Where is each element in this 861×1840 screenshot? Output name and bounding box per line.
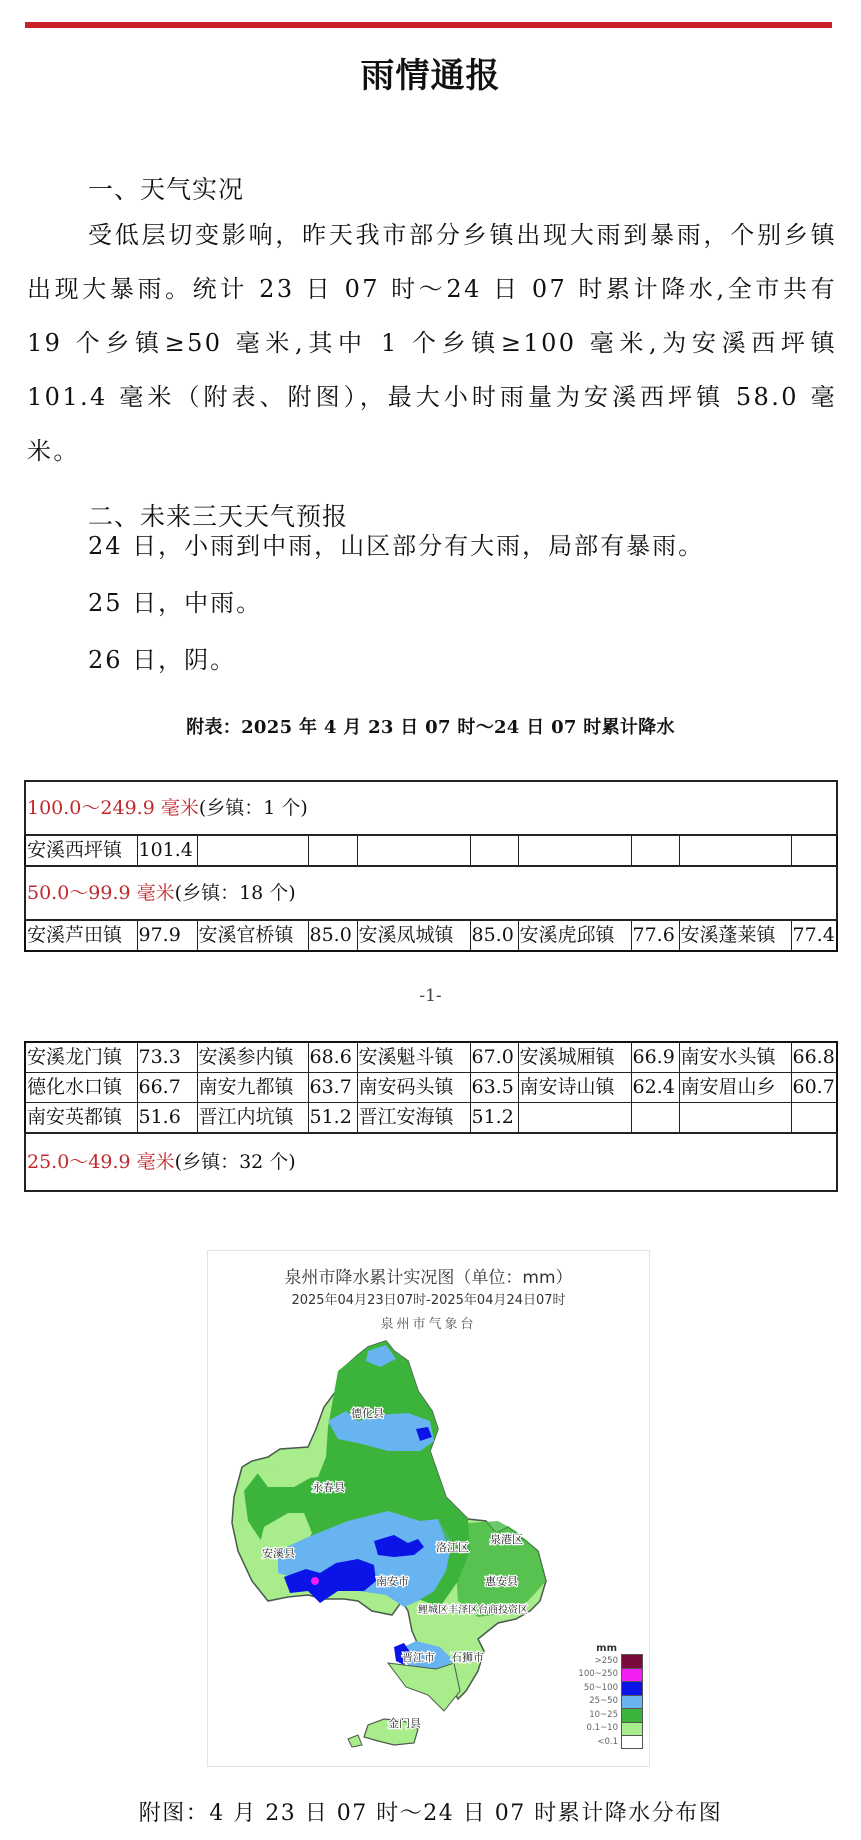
legend-item: 100~250 xyxy=(563,1668,643,1682)
weather-paragraph: 受低层切变影响，昨天我市部分乡镇出现大雨到暴雨，个别乡镇出现大暴雨。统计 23 … xyxy=(27,208,837,478)
table-row: 安溪西坪镇 101.4 xyxy=(25,835,837,866)
town-name: 南安码头镇 xyxy=(357,1073,470,1103)
rain-value xyxy=(631,1103,679,1134)
legend-item: 25~50 xyxy=(563,1695,643,1709)
rain-value: 77.6 xyxy=(631,920,679,951)
town-name: 安溪城厢镇 xyxy=(518,1042,631,1073)
rainfall-table-part2: 安溪龙门镇 73.3 安溪参内镇 68.6 安溪魁斗镇 67.0 安溪城厢镇 6… xyxy=(24,1041,838,1192)
rain-value: 77.4 xyxy=(791,920,837,951)
band-row: 100.0～249.9 毫米(乡镇：1 个) xyxy=(25,781,837,835)
table-row: 安溪龙门镇 73.3 安溪参内镇 68.6 安溪魁斗镇 67.0 安溪城厢镇 6… xyxy=(25,1042,837,1073)
table-row: 安溪芦田镇 97.9 安溪官桥镇 85.0 安溪凤城镇 85.0 安溪虎邱镇 7… xyxy=(25,920,837,951)
town-name: 安溪参内镇 xyxy=(197,1042,308,1073)
town-name xyxy=(197,835,308,866)
rain-value: 51.6 xyxy=(137,1103,197,1134)
label-anxi: 安溪县 xyxy=(262,1546,295,1560)
band-header-100-249: 100.0～249.9 毫米(乡镇：1 个) xyxy=(25,781,837,835)
legend-item: 50~100 xyxy=(563,1681,643,1695)
town-name xyxy=(518,835,631,866)
forecast-day-24: 24 日，小雨到中雨，山区部分有大雨，局部有暴雨。 xyxy=(88,526,704,561)
legend-swatch xyxy=(621,1668,643,1682)
town-name: 安溪魁斗镇 xyxy=(357,1042,470,1073)
rain-value xyxy=(470,835,518,866)
town-name: 安溪西坪镇 xyxy=(25,835,137,866)
forecast-day-25: 25 日，中雨。 xyxy=(88,583,262,618)
legend-swatch xyxy=(621,1681,643,1695)
rain-value: 73.3 xyxy=(137,1042,197,1073)
town-name: 晋江安海镇 xyxy=(357,1103,470,1134)
figure-caption: 附图：4 月 23 日 07 时～24 日 07 时累计降水分布图 xyxy=(0,1796,861,1827)
map-zone-0-10 xyxy=(388,1663,460,1711)
town-name xyxy=(357,835,470,866)
town-name: 安溪虎邱镇 xyxy=(518,920,631,951)
town-name: 安溪龙门镇 xyxy=(25,1042,137,1073)
town-name: 南安九都镇 xyxy=(197,1073,308,1103)
label-luojiang: 洛江区 xyxy=(436,1541,469,1554)
label-kinmen: 金门县 xyxy=(388,1716,421,1730)
islet xyxy=(348,1735,362,1747)
map-subtitle: 2025年04月23日07时-2025年04月24日07时 xyxy=(208,1289,649,1308)
town-name xyxy=(679,835,791,866)
table-row: 南安英都镇 51.6 晋江内坑镇 51.2 晋江安海镇 51.2 xyxy=(25,1103,837,1134)
rain-value: 97.9 xyxy=(137,920,197,951)
town-name: 南安眉山乡 xyxy=(679,1073,791,1103)
label-quangang: 泉港区 xyxy=(490,1532,523,1546)
section-heading-weather: 一、天气实况 xyxy=(88,170,244,206)
town-name: 安溪官桥镇 xyxy=(197,920,308,951)
header-red-rule xyxy=(25,22,832,28)
legend-item: 0.1~10 xyxy=(563,1722,643,1736)
table-row: 德化水口镇 66.7 南安九都镇 63.7 南安码头镇 63.5 南安诗山镇 6… xyxy=(25,1073,837,1103)
town-name xyxy=(518,1103,631,1134)
rain-value xyxy=(308,835,357,866)
label-dehua: 德化县 xyxy=(351,1406,384,1420)
rain-value: 66.7 xyxy=(137,1073,197,1103)
rain-value: 66.8 xyxy=(791,1042,837,1073)
town-name: 安溪蓬莱镇 xyxy=(679,920,791,951)
map-organization: 泉州市气象台 xyxy=(208,1313,649,1332)
document-title: 雨情通报 xyxy=(0,48,861,97)
rainfall-table-part1: 100.0～249.9 毫米(乡镇：1 个) 安溪西坪镇 101.4 50.0～… xyxy=(24,780,838,952)
rain-value: 51.2 xyxy=(470,1103,518,1134)
legend-item: >250 xyxy=(563,1654,643,1668)
town-name: 安溪凤城镇 xyxy=(357,920,470,951)
band-row: 25.0～49.9 毫米(乡镇：32 个) xyxy=(25,1133,837,1191)
rain-value: 66.9 xyxy=(631,1042,679,1073)
town-name: 德化水口镇 xyxy=(25,1073,137,1103)
town-name: 南安诗山镇 xyxy=(518,1073,631,1103)
legend-swatch xyxy=(621,1735,643,1749)
rain-value xyxy=(791,835,837,866)
band-header-50-99: 50.0～99.9 毫米(乡镇：18 个) xyxy=(25,866,837,920)
town-name: 安溪芦田镇 xyxy=(25,920,137,951)
legend-unit: mm xyxy=(563,1643,643,1654)
legend-swatch xyxy=(621,1708,643,1722)
forecast-day-26: 26 日，阴。 xyxy=(88,640,236,675)
rainfall-map-figure: 德化县 永春县 安溪县 南安市 洛江区 泉港区 惠安县 鲤城区丰泽区台商投资区 … xyxy=(207,1250,650,1767)
label-nanan: 南安市 xyxy=(376,1574,409,1588)
town-name: 南安英都镇 xyxy=(25,1103,137,1134)
rain-value: 68.6 xyxy=(308,1042,357,1073)
rain-value xyxy=(791,1103,837,1134)
rain-value: 60.7 xyxy=(791,1073,837,1103)
rain-value: 62.4 xyxy=(631,1073,679,1103)
legend-swatch xyxy=(621,1722,643,1736)
label-shishi: 石狮市 xyxy=(451,1650,484,1664)
legend-item: <0.1 xyxy=(563,1735,643,1749)
band-header-25-49: 25.0～49.9 毫米(乡镇：32 个) xyxy=(25,1133,837,1191)
town-name xyxy=(679,1103,791,1134)
rain-value: 85.0 xyxy=(308,920,357,951)
legend-swatch xyxy=(621,1654,643,1668)
label-licheng-fengze-taishang: 鲤城区丰泽区台商投资区 xyxy=(418,1603,528,1616)
page-number: -1- xyxy=(0,986,861,1006)
legend-swatch xyxy=(621,1695,643,1709)
rain-value: 63.7 xyxy=(308,1073,357,1103)
rain-value xyxy=(631,835,679,866)
rain-value: 63.5 xyxy=(470,1073,518,1103)
town-name: 南安水头镇 xyxy=(679,1042,791,1073)
label-jinjiang: 晋江市 xyxy=(402,1651,435,1664)
label-huian: 惠安县 xyxy=(485,1574,518,1588)
map-zone-100-250 xyxy=(311,1577,319,1585)
map-title: 泉州市降水累计实况图（单位：mm） xyxy=(208,1263,649,1288)
town-name: 晋江内坑镇 xyxy=(197,1103,308,1134)
rain-value: 67.0 xyxy=(470,1042,518,1073)
map-legend: mm >250 100~250 50~100 25~50 10~25 0.1~1… xyxy=(563,1643,643,1749)
legend-item: 10~25 xyxy=(563,1708,643,1722)
label-yongchun: 永春县 xyxy=(312,1481,345,1494)
table-caption: 附表：2025 年 4 月 23 日 07 时～24 日 07 时累计降水 xyxy=(0,713,861,739)
rain-value: 51.2 xyxy=(308,1103,357,1134)
rain-value: 101.4 xyxy=(137,835,197,866)
rain-value: 85.0 xyxy=(470,920,518,951)
band-row: 50.0～99.9 毫米(乡镇：18 个) xyxy=(25,866,837,920)
